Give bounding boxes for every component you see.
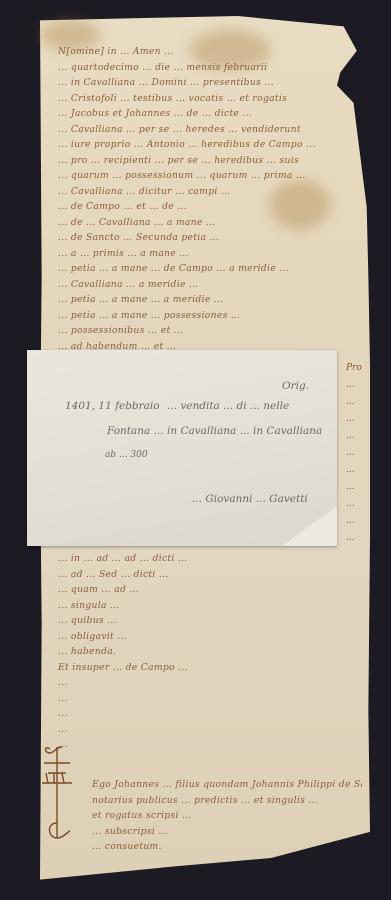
notary-signum-icon [40,743,74,843]
ms-line: ... de ... Cavalliana ... a mane ... [58,216,358,230]
ms-line: ... ad ... Sed ... dicti ... [58,568,358,582]
ms-line: ... petia ... a mane ... a meridie ... [58,293,358,307]
margin-note: ... [346,445,374,462]
margin-note: ... [346,377,374,394]
ms-line: ... quibus ... [58,614,358,628]
subscription-line: notarius publicus ... predictis ... et s… [92,794,362,808]
ms-line: ... in ... ad ... ad ... dicti ... [58,552,358,566]
subscription-line: ... subscripsi ... [92,825,362,839]
manuscript-body-bottom: ... in ... ad ... ad ... dicti ... ... a… [58,552,358,754]
ms-line: ... pro ... recipienti ... per se ... he… [58,154,358,168]
margin-note: ... [346,462,374,479]
ms-line: N[omine] in ... Amen ... [58,45,358,59]
ms-line: ... habenda. [58,645,358,659]
ms-line: ... [58,676,358,690]
label-signature: ... Giovanni ... Gavetti [192,493,308,505]
subscription-line: ... consuetum. [92,840,362,854]
label-summary-3: ab ... 300 [105,450,148,460]
ms-line: ... possessionibus ... et ... [58,324,358,338]
label-summary-1: ... vendita ... di ... nelle [167,400,289,412]
ms-line: ... [58,707,358,721]
ms-line: ... petia ... a mane ... possessiones ..… [58,309,358,323]
margin-notes: Pro ... ... ... ... ... ... ... ... ... … [346,360,374,547]
label-date: 1401, 11 febbraio [65,400,160,412]
folded-corner [282,506,337,546]
margin-note: Pro [346,360,374,377]
margin-note: ... [346,428,374,445]
label-orig-note: Orig. [282,380,309,392]
margin-note: ... [346,530,374,547]
label-summary-2: Fontana ... in Cavalliana ... in Cavalli… [107,425,322,437]
ms-line: Et insuper ... de Campo ... [58,661,358,675]
ms-line: ... Cavalliana ... a meridie ... [58,278,358,292]
ms-line: ... in Cavalliana ... Domini ... present… [58,76,358,90]
margin-note: ... [346,411,374,428]
margin-note: ... [346,479,374,496]
ms-line: ... [58,692,358,706]
ms-line: ... singula ... [58,599,358,613]
subscription-line: et rogatus scripsi ... [92,809,362,823]
ms-line: ... iure proprio ... Antonio ... heredib… [58,138,358,152]
ms-line: ... [58,738,358,752]
margin-note: ... [346,513,374,530]
notarial-subscription: Ego Johannes ... filius quondam Johannis… [92,778,362,856]
margin-note: ... [346,394,374,411]
manuscript-body-top: N[omine] in ... Amen ... ... quartodecim… [58,45,358,386]
ms-line: ... quam ... ad ... [58,583,358,597]
subscription-line: Ego Johannes ... filius quondam Johannis… [92,778,362,792]
ms-line: ... [58,723,358,737]
ms-line: ... quartodecimo ... die ... mensis febr… [58,61,358,75]
ms-line: ... Cristofoli ... testibus ... vocatis … [58,92,358,106]
ms-line: ... quarum ... possessionum ... quarum .… [58,169,358,183]
ms-line: ... obligavit ... [58,630,358,644]
ms-line: ... Cavalliana ... per se ... heredes ..… [58,123,358,137]
ms-line: ... de Campo ... et ... de ... [58,200,358,214]
ms-line: ... a ... primis ... a mane ... [58,247,358,261]
margin-note: ... [346,496,374,513]
ms-line: ... Jacobus et Johannes ... de ... dicte… [58,107,358,121]
ms-line: ... de Sancto ... Secunda petia ... [58,231,358,245]
archival-label: Orig. 1401, 11 febbraio ... vendita ... … [27,350,337,546]
ms-line: ... Cavalliana ... dicitur ... campi ... [58,185,358,199]
ms-line: ... petia ... a mane ... de Campo ... a … [58,262,358,276]
